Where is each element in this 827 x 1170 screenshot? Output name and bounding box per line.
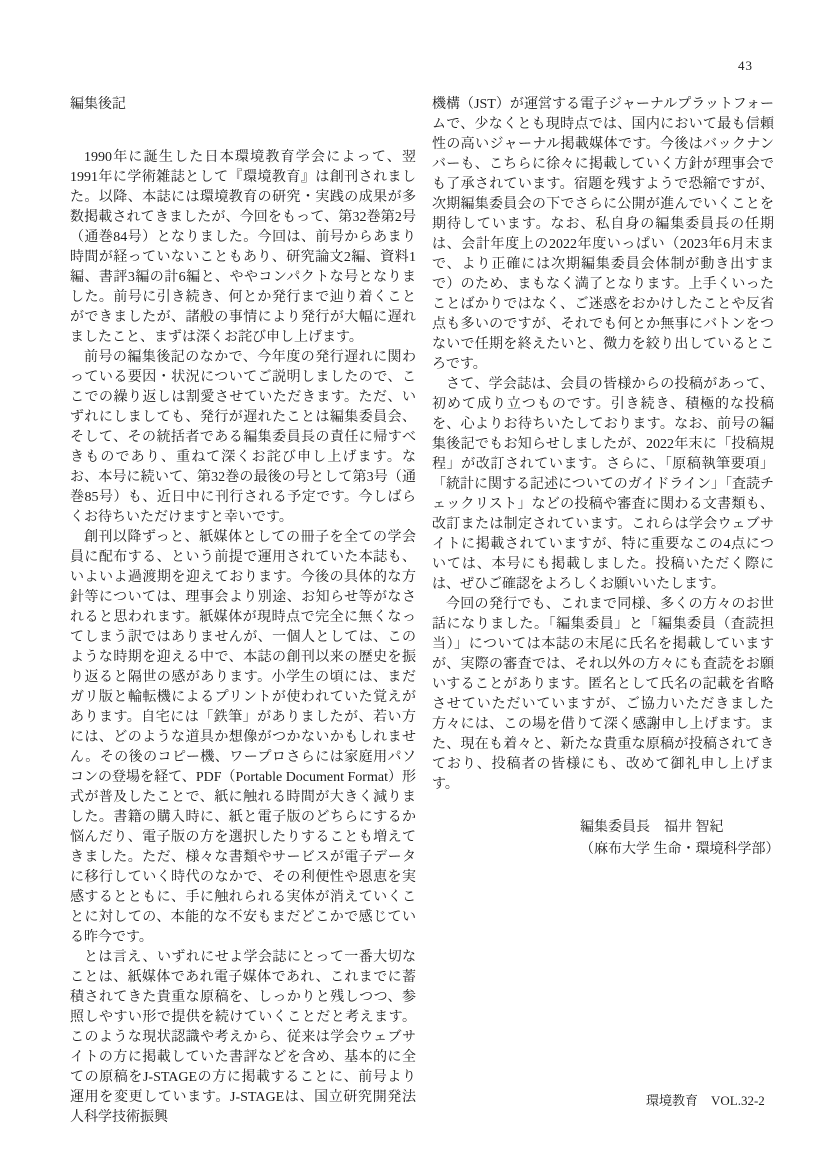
paragraph-6: 今回の発行でも、これまで同様、多くの方々のお世話になりました。「編集委員」と「編… [432,595,774,795]
paragraph-3: 創刊以降ずっと、紙媒体としての冊子を全ての学会員に配布する、という前提で運用され… [70,528,416,948]
document-page: 43 編集後記 1990年に誕生した日本環境教育学会によって、翌1991年に学術… [0,0,827,1170]
paragraph-4-continuation: 機構（JST）が運営する電子ジャーナルプラットフォームで、少なくとも現時点では、… [432,95,774,375]
article-title: 編集後記 [70,95,416,115]
page-number: 43 [738,58,753,74]
paragraph-4: とは言え、いずれにせよ学会誌にとって一番大切なことは、紙媒体であれ電子媒体であれ… [70,948,416,1128]
signature-affiliation: （麻布大学 生命・環境科学部） [580,839,774,861]
right-column: 機構（JST）が運営する電子ジャーナルプラットフォームで、少なくとも現時点では、… [432,95,774,861]
signature-editor-name: 編集委員長 福井 智紀 [580,817,774,839]
paragraph-1: 1990年に誕生した日本環境教育学会によって、翌1991年に学術雑誌として『環境… [70,148,416,348]
left-column: 編集後記 1990年に誕生した日本環境教育学会によって、翌1991年に学術雑誌と… [70,95,416,1128]
paragraph-2: 前号の編集後記のなかで、今年度の発行遅れに関わっている要因・状況についてご説明し… [70,348,416,528]
signature-block: 編集委員長 福井 智紀 （麻布大学 生命・環境科学部） [432,817,774,861]
paragraph-5: さて、学会誌は、会員の皆様からの投稿があって、初めて成り立つものです。引き続き、… [432,375,774,595]
journal-footer: 環境教育 VOL.32-2 [646,1090,765,1109]
